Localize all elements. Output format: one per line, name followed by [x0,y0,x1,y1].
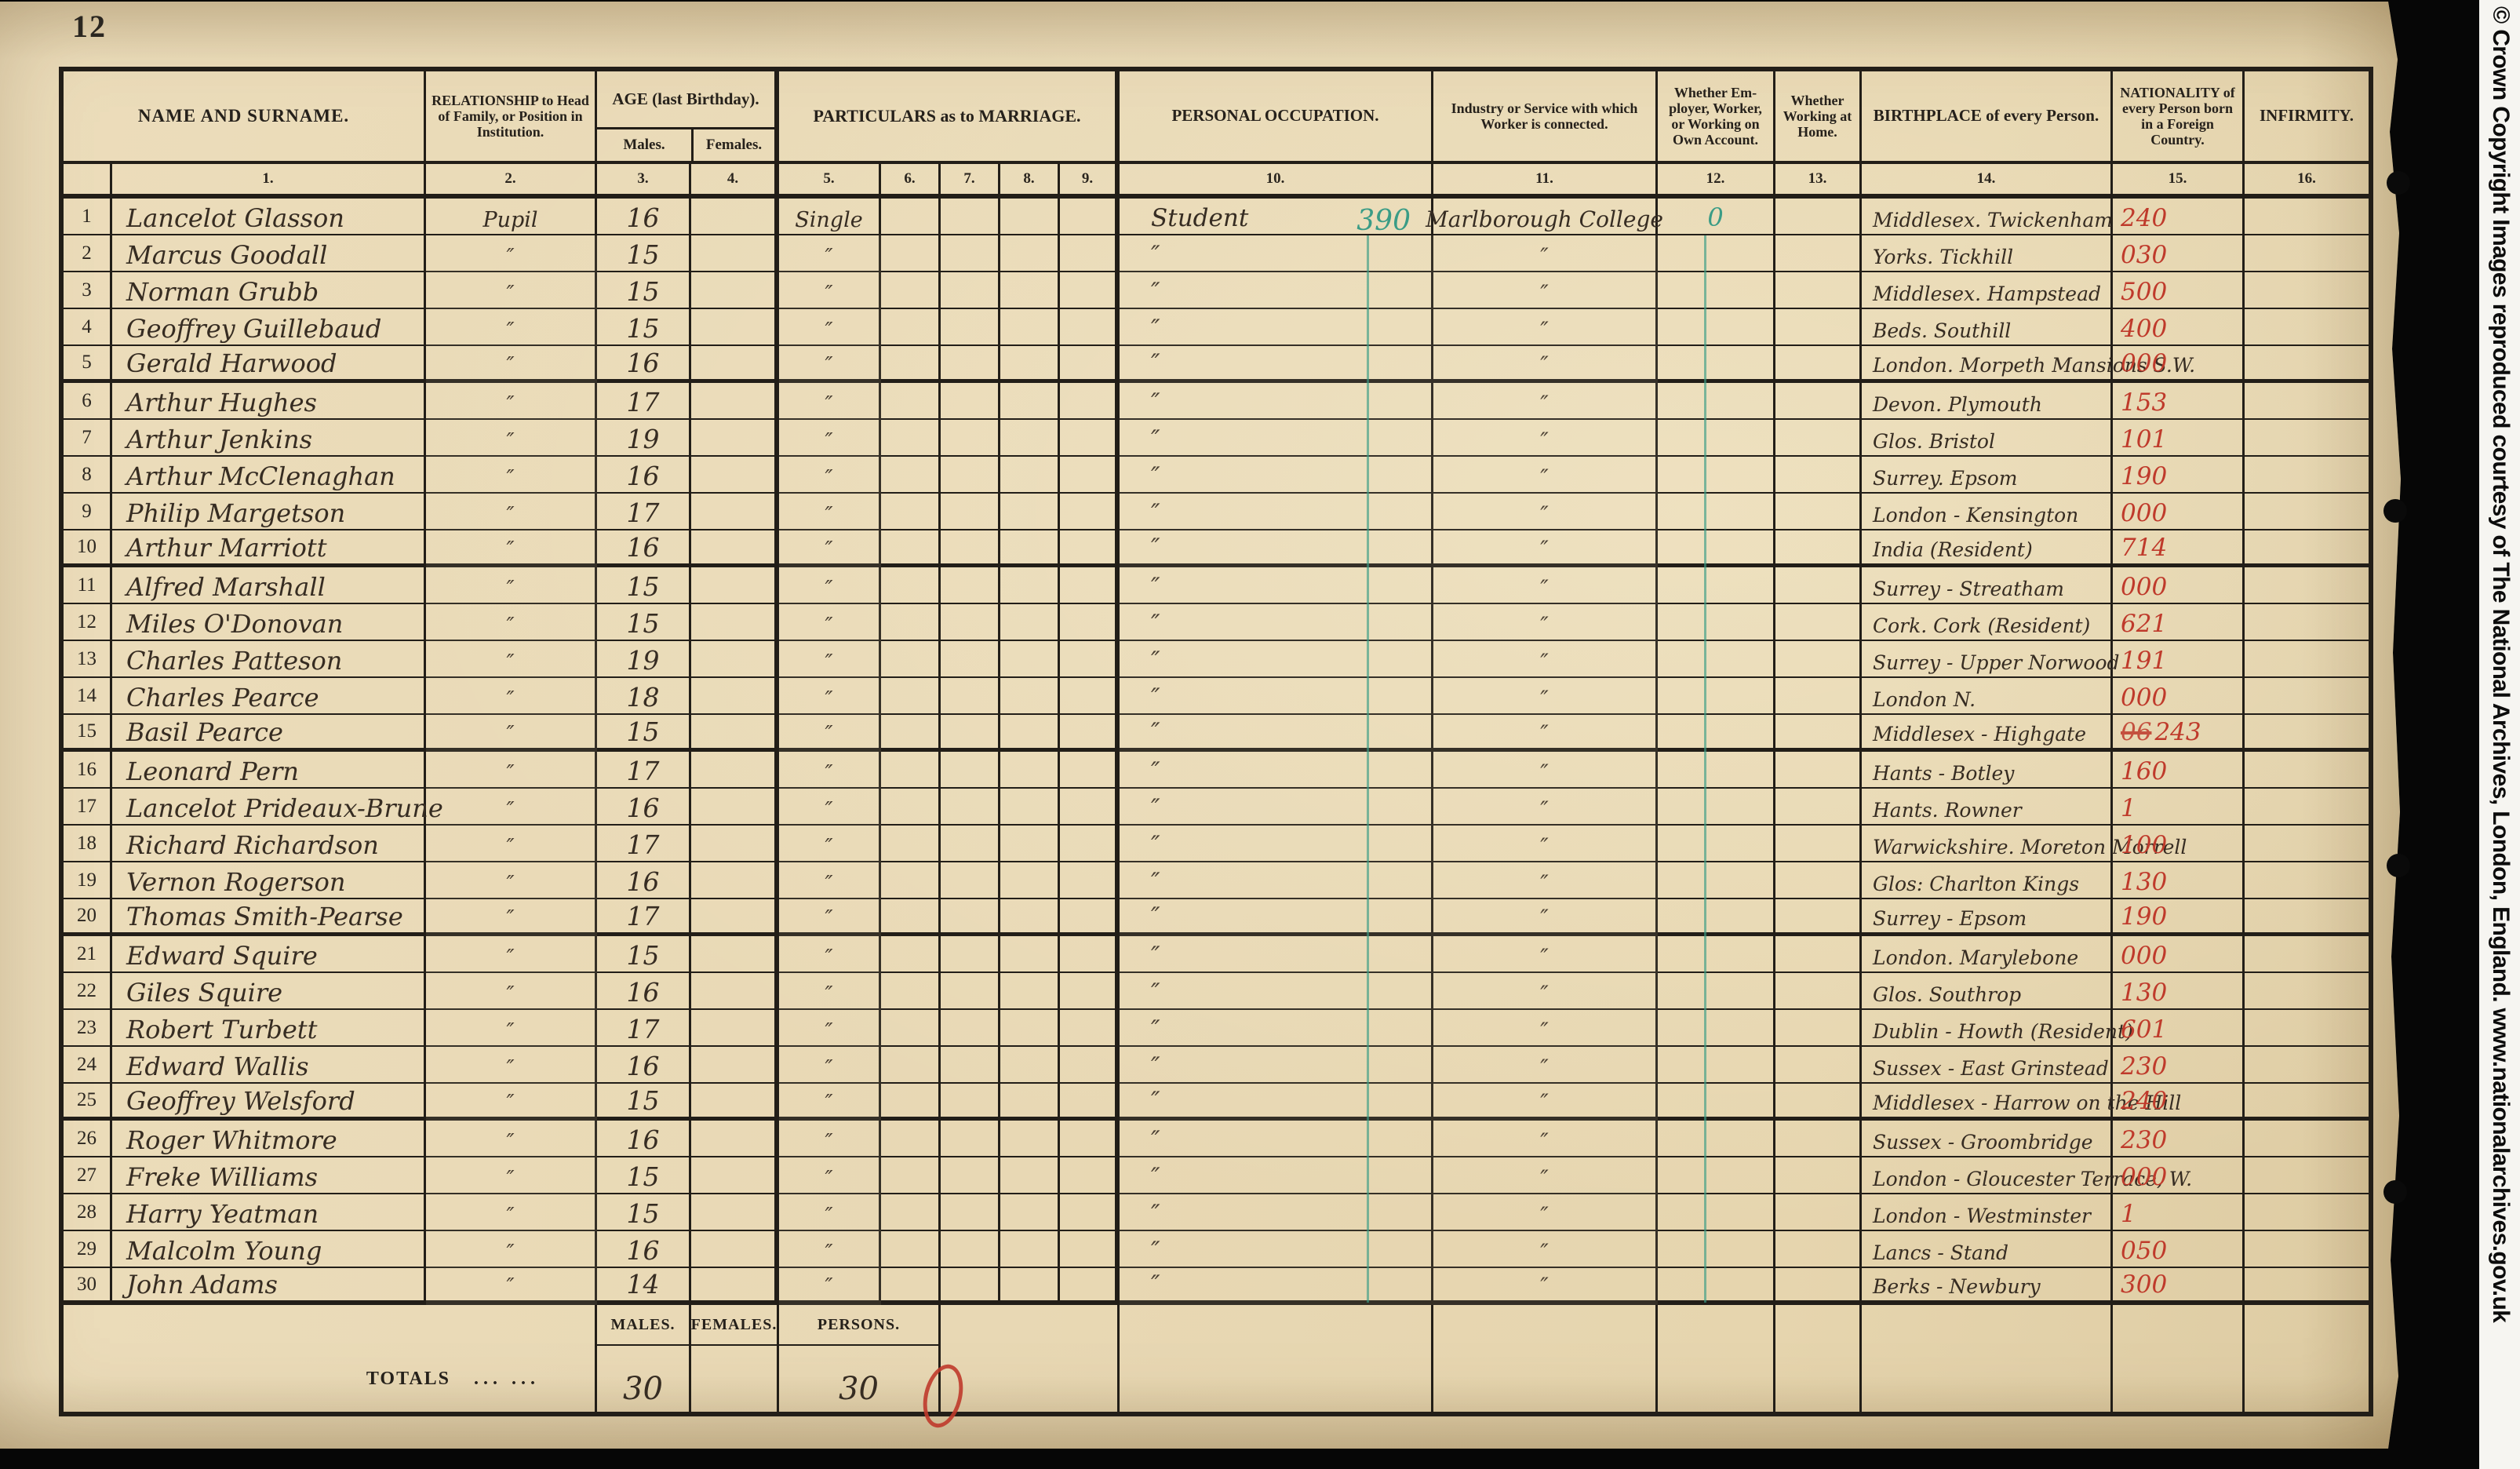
age-females-cell [691,899,779,936]
employer-status-cell [1658,604,1775,641]
birthplace-cell: Berks - Newbury [1862,1268,2113,1305]
nationality-code-cell: 000 [2113,346,2245,383]
industry-cell: ″ [1433,494,1658,530]
marriage-condition-cell: ″ [779,862,881,899]
name-cell: Lancelot Prideaux-Brune [112,789,426,826]
industry-cell: ″ [1433,604,1658,641]
birthplace-cell: London. Marylebone [1862,936,2113,973]
industry-cell: ″ [1433,309,1658,346]
marriage-detail-cell [941,1010,1000,1047]
totals-left-space [64,1305,597,1346]
occupation-text: ″ [1151,794,1160,822]
marriage-detail-cell [1060,1084,1120,1121]
working-at-home-cell [1775,1047,1862,1084]
occupation-cell: ″ [1120,1084,1433,1121]
nationality-code: 050 [2121,1237,2167,1265]
age-females-cell [691,567,779,604]
nationality-code: 153 [2121,388,2167,417]
birthplace-cell: Cork. Cork (Resident) [1862,604,2113,641]
name-cell: Charles Pearce [112,678,426,715]
marriage-detail-cell [1060,973,1120,1010]
relationship-cell: ″ [426,641,597,678]
age-females-cell [691,309,779,346]
name-cell: Arthur Jenkins [112,420,426,457]
column-number: 5. [779,164,881,199]
punch-hole [2387,171,2410,195]
marriage-detail-cell [941,862,1000,899]
marriage-detail-cell [881,309,941,346]
birthplace-cell: Glos: Charlton Kings [1862,862,2113,899]
totals-empty [941,1346,1120,1412]
nationality-code-cell: 100 [2113,826,2245,862]
nationality-code-cell: 050 [2113,1231,2245,1268]
header-relationship: RELATIONSHIP to Head of Family, or Posit… [426,71,597,164]
column-number: 10. [1120,164,1433,199]
name-cell: Thomas Smith-Pearse [112,899,426,936]
industry-cell: ″ [1433,1010,1658,1047]
employer-status-cell [1658,936,1775,973]
marriage-detail-cell [1000,604,1060,641]
infirmity-cell [2245,1047,2369,1084]
marriage-condition-cell: ″ [779,383,881,420]
occupation-text: ″ [1151,1087,1160,1115]
age-females-cell [691,1194,779,1231]
row-number: 3 [64,272,112,309]
marriage-detail-cell [1060,641,1120,678]
nationality-code-cell: 190 [2113,899,2245,936]
totals-empty [2245,1346,2369,1412]
employer-status-cell [1658,826,1775,862]
relationship-cell: ″ [426,272,597,309]
infirmity-cell [2245,1157,2369,1194]
marriage-detail-cell [941,420,1000,457]
nationality-code: 000 [2121,573,2167,601]
infirmity-cell [2245,567,2369,604]
marriage-condition-cell: ″ [779,567,881,604]
totals-word: TOTALS [366,1369,450,1390]
occupation-cell: ″ [1120,420,1433,457]
totals-empty [1862,1305,2113,1346]
age-males-cell: 15 [597,715,691,752]
marriage-condition-cell: ″ [779,752,881,789]
age-females-cell [691,678,779,715]
occupation-cell: Student390 [1120,199,1433,235]
marriage-condition-cell: ″ [779,1047,881,1084]
marriage-condition-cell: ″ [779,789,881,826]
nationality-code-cell: 000 [2113,936,2245,973]
working-at-home-cell [1775,1084,1862,1121]
marriage-condition-cell: ″ [779,1194,881,1231]
employer-status-cell [1658,862,1775,899]
nationality-code: 230 [2121,1052,2167,1081]
employer-status-cell [1658,383,1775,420]
row-number: 2 [64,235,112,272]
working-at-home-cell [1775,567,1862,604]
occupation-text: ″ [1151,462,1160,490]
header-nationality: NATIONALITY of every Person born in a Fo… [2113,71,2245,164]
marriage-detail-cell [881,1231,941,1268]
totals-empty [941,1305,1120,1346]
infirmity-cell [2245,457,2369,494]
occupation-text: ″ [1151,610,1160,638]
marriage-detail-cell [881,789,941,826]
marriage-condition-cell: ″ [779,899,881,936]
marriage-detail-cell [941,789,1000,826]
marriage-condition-cell: ″ [779,420,881,457]
name-cell: Geoffrey Welsford [112,1084,426,1121]
relationship-cell: ″ [426,383,597,420]
infirmity-cell [2245,272,2369,309]
infirmity-cell [2245,1194,2369,1231]
occupation-text: ″ [1151,1126,1160,1154]
marriage-detail-cell [881,1047,941,1084]
nationality-code: 000 [2121,683,2167,712]
name-cell: Arthur Hughes [112,383,426,420]
marriage-detail-cell [1000,899,1060,936]
age-females-cell [691,420,779,457]
occupation-text: ″ [1151,902,1160,931]
industry-cell: ″ [1433,899,1658,936]
nationality-code-cell: 601 [2113,1010,2245,1047]
row-number: 6 [64,383,112,420]
row-number: 13 [64,641,112,678]
occupation-code-annotation: 390 [1357,205,1411,237]
infirmity-cell [2245,604,2369,641]
relationship-cell: ″ [426,715,597,752]
age-females-cell [691,789,779,826]
age-males-cell: 17 [597,1010,691,1047]
marriage-detail-cell [881,457,941,494]
row-number: 17 [64,789,112,826]
column-number [64,164,112,199]
occupation-cell: ″ [1120,346,1433,383]
marriage-detail-cell [1060,530,1120,567]
marriage-detail-cell [881,494,941,530]
marriage-detail-cell [1060,494,1120,530]
marriage-detail-cell [881,862,941,899]
nationality-code-cell: 240 [2113,1084,2245,1121]
nationality-code-cell: 500 [2113,272,2245,309]
occupation-cell: ″ [1120,457,1433,494]
age-females-cell [691,1084,779,1121]
name-cell: John Adams [112,1268,426,1305]
age-females-cell [691,604,779,641]
relationship-cell: ″ [426,1157,597,1194]
birthplace-cell: Beds. Southill [1862,309,2113,346]
marriage-condition-cell: ″ [779,678,881,715]
marriage-condition-cell: ″ [779,604,881,641]
marriage-detail-cell [881,936,941,973]
age-males-cell: 15 [597,1084,691,1121]
marriage-detail-cell [1000,936,1060,973]
marriage-detail-cell [1000,973,1060,1010]
name-cell: Vernon Rogerson [112,862,426,899]
header-birthplace: BIRTHPLACE of every Person. [1862,71,2113,164]
nationality-code-cell: 000 [2113,494,2245,530]
marriage-detail-cell [1000,346,1060,383]
name-cell: Edward Squire [112,936,426,973]
marriage-detail-cell [881,826,941,862]
relationship-cell: ″ [426,235,597,272]
marriage-detail-cell [941,1084,1000,1121]
age-females-cell [691,457,779,494]
occupation-text: ″ [1151,1237,1160,1265]
relationship-cell: ″ [426,936,597,973]
working-at-home-cell [1775,899,1862,936]
marriage-detail-cell [941,383,1000,420]
marriage-condition-cell: ″ [779,1231,881,1268]
punch-hole [2383,1180,2407,1204]
marriage-detail-cell [1000,1047,1060,1084]
name-cell: Malcolm Young [112,1231,426,1268]
header-age-males: Males. [597,129,694,161]
occupation-text: ″ [1151,868,1160,896]
nationality-code: 1 [2121,1200,2136,1228]
marriage-detail-cell [941,1268,1000,1305]
age-females-cell [691,826,779,862]
marriage-detail-cell [1000,235,1060,272]
employer-status-cell [1658,420,1775,457]
row-number: 8 [64,457,112,494]
birthplace-cell: Warwickshire. Moreton Morrell [1862,826,2113,862]
occupation-cell: ″ [1120,530,1433,567]
birthplace-cell: Glos. Southrop [1862,973,2113,1010]
industry-cell: ″ [1433,641,1658,678]
row-number: 28 [64,1194,112,1231]
birthplace-cell: Devon. Plymouth [1862,383,2113,420]
header-name: NAME AND SURNAME. [64,71,426,164]
header-occupation: PERSONAL OCCUPATION. [1120,71,1433,164]
industry-cell: ″ [1433,715,1658,752]
header-industry: Industry or Service with which Worker is… [1433,71,1658,164]
marriage-detail-cell [881,199,941,235]
age-males-cell: 17 [597,752,691,789]
age-males-cell: 15 [597,272,691,309]
nationality-code: 000 [2121,349,2167,377]
name-cell: Marcus Goodall [112,235,426,272]
row-number: 25 [64,1084,112,1121]
nationality-code: 160 [2121,757,2167,786]
marriage-detail-cell [941,235,1000,272]
marriage-condition-cell: ″ [779,494,881,530]
age-males-cell: 15 [597,567,691,604]
birthplace-cell: Yorks. Tickhill [1862,235,2113,272]
marriage-condition-cell: ″ [779,1084,881,1121]
relationship-cell: ″ [426,678,597,715]
marriage-detail-cell [941,494,1000,530]
employer-status-cell [1658,494,1775,530]
nationality-code-cell: 160 [2113,752,2245,789]
marriage-detail-cell [1060,604,1120,641]
working-at-home-cell [1775,199,1862,235]
marriage-detail-cell [1060,1194,1120,1231]
nationality-code: 714 [2121,534,2167,562]
page-number: 12 [72,8,107,45]
occupation-cell: ″ [1120,1268,1433,1305]
birthplace-cell: London. Morpeth Mansions S.W. [1862,346,2113,383]
totals-empty [1120,1305,1433,1346]
marriage-detail-cell [1000,641,1060,678]
marriage-detail-cell [881,1157,941,1194]
marriage-detail-cell [1060,309,1120,346]
age-males-cell: 16 [597,199,691,235]
employer-status-cell [1658,1268,1775,1305]
marriage-condition-cell: ″ [779,457,881,494]
age-males-cell: 15 [597,309,691,346]
birthplace-cell: Surrey - Streatham [1862,567,2113,604]
totals-empty [1775,1305,1862,1346]
nationality-code-cell: 621 [2113,604,2245,641]
column-number: 2. [426,164,597,199]
name-cell: Arthur McClenaghan [112,457,426,494]
relationship-cell: ″ [426,973,597,1010]
age-males-cell: 16 [597,457,691,494]
marriage-detail-cell [881,235,941,272]
marriage-condition-cell: ″ [779,715,881,752]
industry-cell: ″ [1433,862,1658,899]
birthplace-cell: Glos. Bristol [1862,420,2113,457]
name-cell: Richard Richardson [112,826,426,862]
birthplace-cell: Sussex - Groombridge [1862,1121,2113,1157]
column-number: 3. [597,164,691,199]
age-females-cell [691,752,779,789]
occupation-text: ″ [1151,1270,1160,1299]
marriage-detail-cell [1060,383,1120,420]
employer-status-cell [1658,235,1775,272]
occupation-cell: ″ [1120,899,1433,936]
occupation-text: ″ [1151,831,1160,859]
age-females-cell [691,494,779,530]
nationality-code: 000 [2121,1163,2167,1191]
nationality-code-cell: 400 [2113,309,2245,346]
age-males-cell: 19 [597,641,691,678]
nationality-code: 230 [2121,1126,2167,1154]
birthplace-cell: Surrey. Epsom [1862,457,2113,494]
occupation-cell: ″ [1120,678,1433,715]
birthplace-cell: London - Kensington [1862,494,2113,530]
marriage-condition-cell: ″ [779,826,881,862]
occupation-text: ″ [1151,1200,1160,1228]
industry-cell: ″ [1433,420,1658,457]
relationship-cell: ″ [426,862,597,899]
occupation-cell: ″ [1120,715,1433,752]
employer-status-cell [1658,309,1775,346]
nationality-code: 400 [2121,315,2167,343]
row-number: 29 [64,1231,112,1268]
working-at-home-cell [1775,530,1862,567]
occupation-text: ″ [1151,683,1160,712]
age-females-cell [691,973,779,1010]
nationality-code: 621 [2121,610,2167,638]
occupation-cell: ″ [1120,641,1433,678]
totals-empty [1433,1346,1658,1412]
age-females-cell [691,1010,779,1047]
relationship-cell: ″ [426,494,597,530]
marriage-detail-cell [881,752,941,789]
header-age-title: AGE (last Birthday). [597,71,774,127]
column-number: 6. [881,164,941,199]
marriage-detail-cell [941,604,1000,641]
marriage-detail-cell [941,1194,1000,1231]
marriage-detail-cell [1000,678,1060,715]
relationship-cell: ″ [426,1084,597,1121]
marriage-detail-cell [941,530,1000,567]
marriage-detail-cell [1060,420,1120,457]
row-number: 5 [64,346,112,383]
column-number: 15. [2113,164,2245,199]
totals-empty [1862,1346,2113,1412]
employer-status-cell [1658,789,1775,826]
birthplace-cell: Middlesex - Highgate [1862,715,2113,752]
nationality-code-cell: 1 [2113,789,2245,826]
occupation-cell: ″ [1120,789,1433,826]
occupation-cell: ″ [1120,494,1433,530]
occupation-text: ″ [1151,315,1160,343]
infirmity-cell [2245,1121,2369,1157]
nationality-code: 030 [2121,241,2167,269]
census-table: NAME AND SURNAME. RELATIONSHIP to Head o… [59,67,2373,1416]
marriage-detail-cell [1000,383,1060,420]
totals-females-label: FEMALES. [691,1305,779,1346]
marriage-detail-cell [1000,1268,1060,1305]
marriage-condition-cell: ″ [779,272,881,309]
marriage-detail-cell [941,1231,1000,1268]
birthplace-cell: Surrey - Epsom [1862,899,2113,936]
nationality-code: 190 [2121,902,2167,931]
industry-cell: ″ [1433,678,1658,715]
row-number: 22 [64,973,112,1010]
marriage-detail-cell [1060,752,1120,789]
age-males-cell: 15 [597,604,691,641]
employer-status-cell [1658,272,1775,309]
age-males-cell: 17 [597,899,691,936]
marriage-condition-cell: ″ [779,1268,881,1305]
working-at-home-cell [1775,383,1862,420]
working-at-home-cell [1775,346,1862,383]
age-males-cell: 15 [597,1194,691,1231]
relationship-cell: ″ [426,789,597,826]
employer-status-cell [1658,346,1775,383]
birthplace-cell: Middlesex. Hampstead [1862,272,2113,309]
occupation-cell: ″ [1120,1047,1433,1084]
age-males-cell: 16 [597,530,691,567]
occupation-text: ″ [1151,1163,1160,1191]
working-at-home-cell [1775,862,1862,899]
nationality-code: 240 [2121,204,2167,232]
occupation-text: ″ [1151,388,1160,417]
infirmity-cell [2245,494,2369,530]
marriage-detail-cell [941,715,1000,752]
name-cell: Philip Margetson [112,494,426,530]
employer-status-cell [1658,1157,1775,1194]
marriage-detail-cell [881,1194,941,1231]
marriage-detail-cell [941,457,1000,494]
age-females-cell [691,862,779,899]
infirmity-cell [2245,1010,2369,1047]
marriage-detail-cell [881,567,941,604]
relationship-cell: ″ [426,1047,597,1084]
column-number: 1. [112,164,426,199]
employer-status-cell [1658,641,1775,678]
marriage-condition-cell: ″ [779,235,881,272]
nationality-code: 130 [2121,979,2167,1007]
header-age: AGE (last Birthday). Males. Females. [597,71,779,164]
age-males-cell: 16 [597,1047,691,1084]
employer-status-cell [1658,567,1775,604]
totals-males-value: 30 [597,1346,691,1412]
marriage-detail-cell [1000,457,1060,494]
age-females-cell [691,715,779,752]
